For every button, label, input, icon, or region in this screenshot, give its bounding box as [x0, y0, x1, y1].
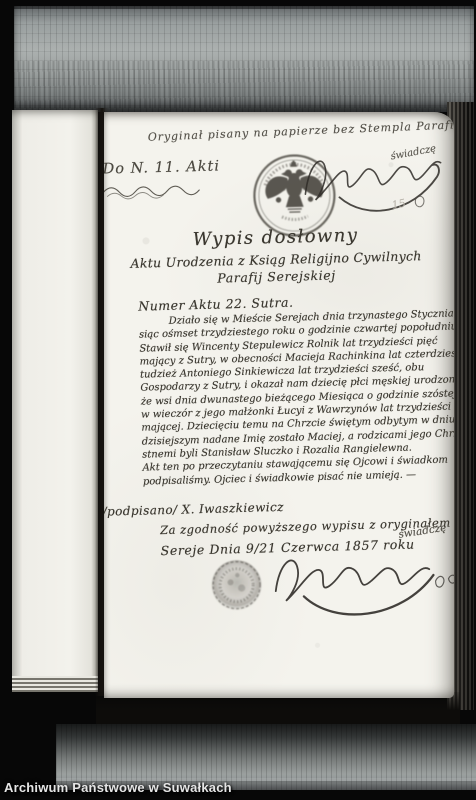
facing-page-edge-lines: [12, 676, 98, 692]
signature-flourish-top: [294, 133, 448, 229]
pencil-page-number: 15: [391, 197, 407, 213]
book-top-edge: [14, 6, 474, 112]
reference-flourish: [104, 183, 211, 200]
reference-note: Do N. 11. Akti: [104, 158, 220, 177]
parish-seal: [209, 557, 264, 612]
manuscript-body: Działo się w Mieście Serejach dnia trzyn…: [139, 307, 454, 488]
facing-page: [12, 110, 98, 692]
archive-watermark: Archiwum Państwowe w Suwałkach: [4, 780, 232, 795]
manuscript-layer: Oryginał pisany na papierze bez Stempla …: [104, 112, 454, 698]
signature-flourish-bottom: [267, 540, 454, 629]
signed-by-line: /podpisano/ X. Iwaszkiewicz: [104, 500, 284, 519]
act-number-line: Numer Aktu 22. Sutra.: [138, 295, 294, 314]
document-page: Oryginał pisany na papierze bez Stempla …: [104, 112, 454, 698]
